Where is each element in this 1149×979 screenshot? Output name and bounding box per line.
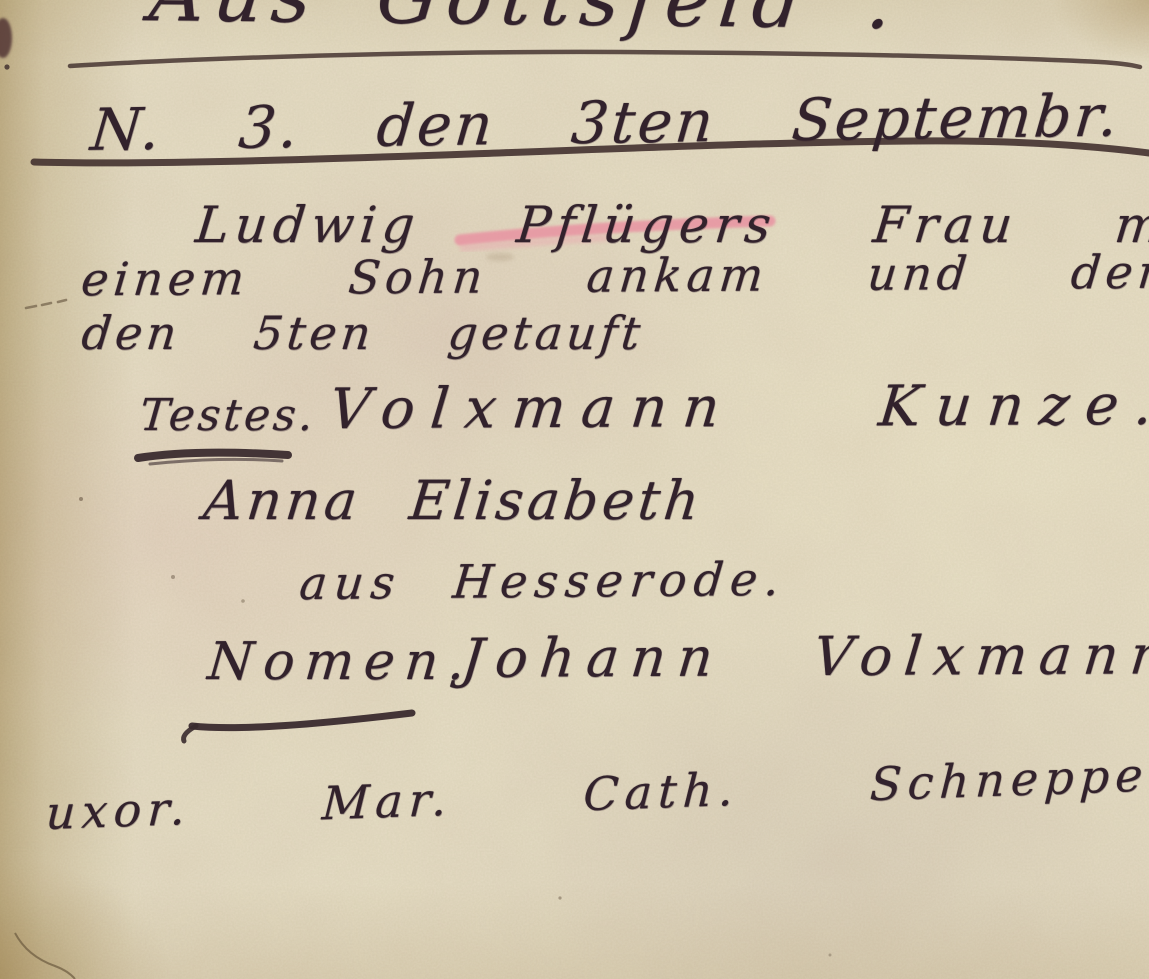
line-aus-hesserode: aus Hesserode. xyxy=(298,556,789,606)
line-einem-sohn: einem Sohn ankam und derselbe xyxy=(79,248,1149,303)
line-ludwig-pfluegers: Ludwig Pflügers Frau mit xyxy=(193,200,1149,250)
testes-label: Testes. xyxy=(138,394,318,438)
line-anna-elisabeth: Anna Elisabeth xyxy=(201,474,705,528)
line-entry-number-date: N. 3. den 3ten Septembr. ward xyxy=(88,83,1149,159)
line-den-5ten-getauft: den 5ten getauft xyxy=(80,310,647,356)
line-header-place: Aus Gottsfeld . xyxy=(147,0,905,40)
margin-dot xyxy=(4,64,9,69)
testes-witness-names: Volxmann Kunze. xyxy=(327,378,1149,438)
nomen-label: Nomen. xyxy=(206,636,477,688)
parchment-page: Aus Gottsfeld . N. 3. den 3ten Septembr.… xyxy=(0,0,1149,979)
nomen-child-name: Johann Volxmann. xyxy=(459,628,1149,686)
